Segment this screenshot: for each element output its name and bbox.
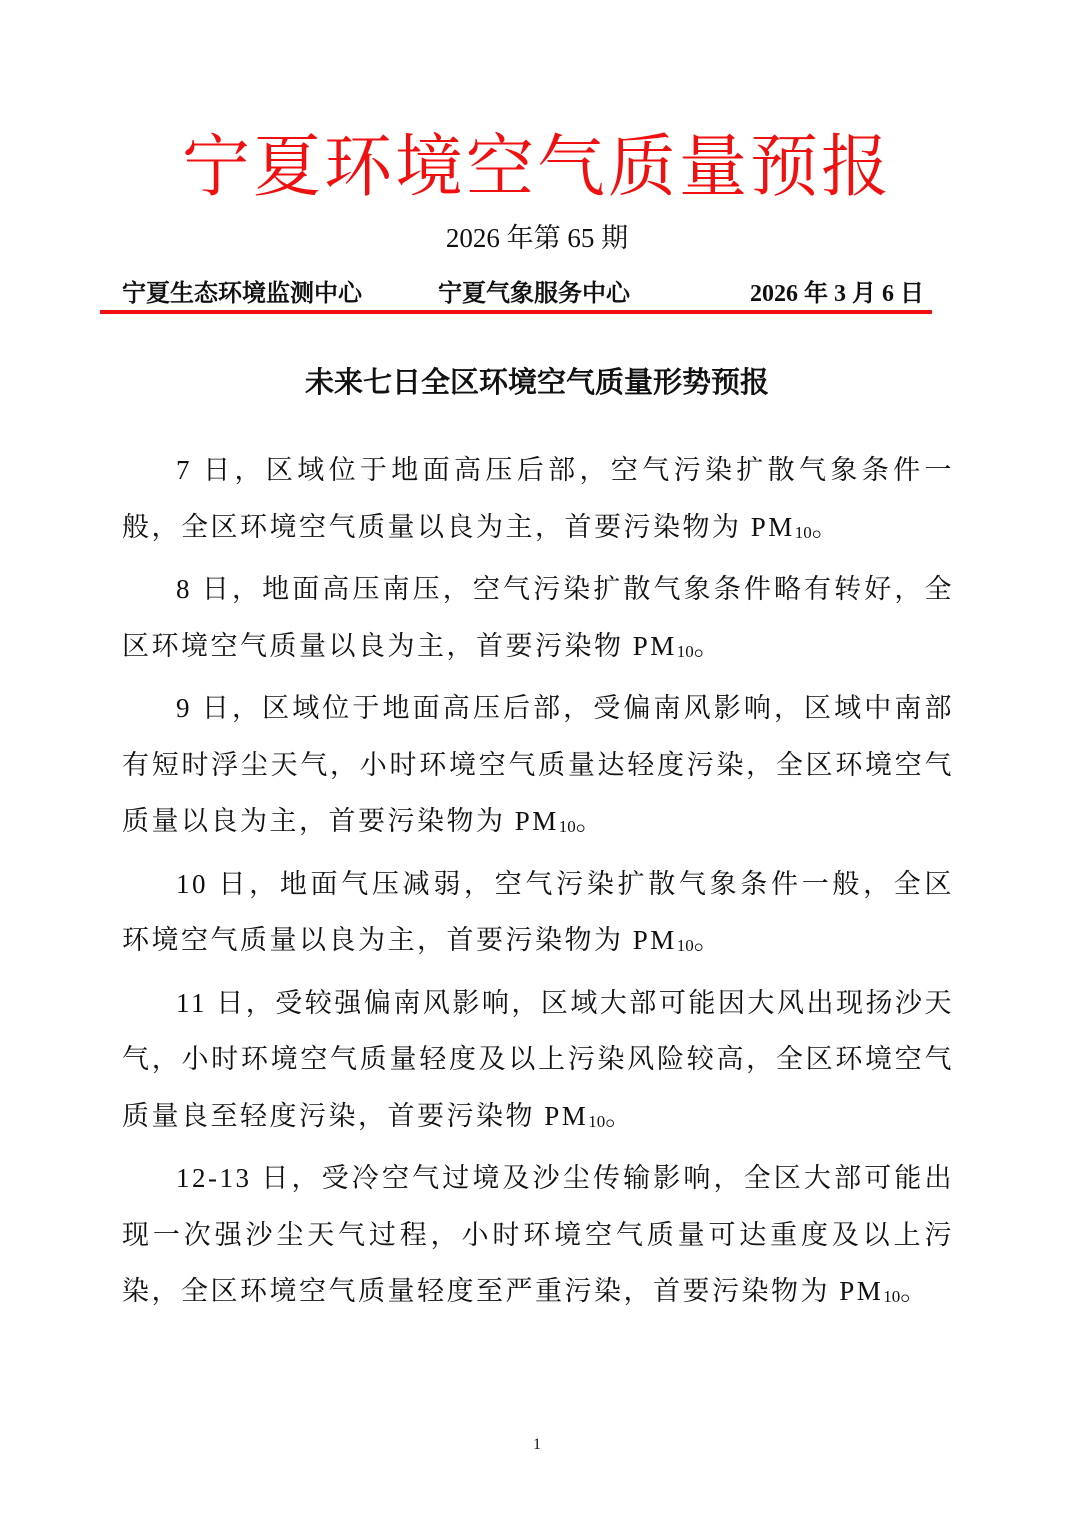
- page-number: 1: [0, 1436, 1074, 1454]
- forecast-paragraph-day7: 7 日，区域位于地面高压后部，空气污染扩散气象条件一般，全区环境空气质量以良为主…: [122, 442, 954, 561]
- document-title: 未来七日全区环境空气质量形势预报: [0, 360, 1074, 404]
- publisher-monitoring-center: 宁夏生态环境监测中心: [122, 276, 362, 312]
- forecast-paragraph-day12-13: 12-13 日，受冷空气过境及沙尘传输影响，全区大部可能出现一次强沙尘天气过程，…: [122, 1150, 954, 1326]
- forecast-paragraph-day10: 10 日，地面气压减弱，空气污染扩散气象条件一般，全区环境空气质量以良为主，首要…: [122, 856, 954, 975]
- forecast-body: 7 日，区域位于地面高压后部，空气污染扩散气象条件一般，全区环境空气质量以良为主…: [122, 442, 954, 1326]
- forecast-paragraph-day8: 8 日，地面高压南压，空气污染扩散气象条件略有转好，全区环境空气质量以良为主，首…: [122, 561, 954, 680]
- publish-date: 2026 年 3 月 6 日: [750, 276, 924, 312]
- masthead-title: 宁夏环境空气质量预报: [0, 128, 1074, 208]
- publisher-meteorological-center: 宁夏气象服务中心: [438, 276, 630, 312]
- issue-number: 2026 年第 65 期: [0, 218, 1074, 258]
- forecast-paragraph-day9: 9 日，区域位于地面高压后部，受偏南风影响，区域中南部有短时浮尘天气，小时环境空…: [122, 680, 954, 856]
- publisher-line: 宁夏生态环境监测中心 宁夏气象服务中心 2026 年 3 月 6 日: [122, 276, 924, 312]
- red-divider: [100, 310, 932, 314]
- forecast-paragraph-day11: 11 日，受较强偏南风影响，区域大部可能因大风出现扬沙天气，小时环境空气质量轻度…: [122, 975, 954, 1151]
